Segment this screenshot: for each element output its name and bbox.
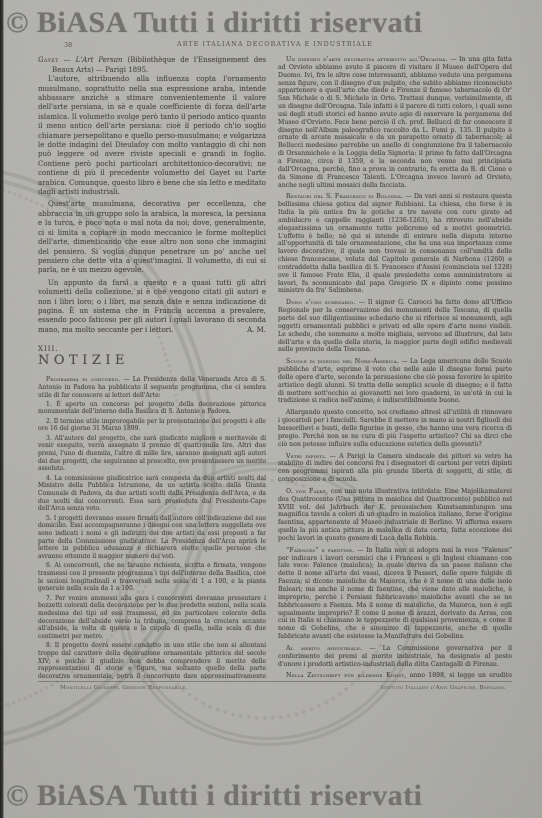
programme-lead: Programma di concorso.: [46, 376, 120, 383]
reference-author: Gayet: [38, 56, 59, 64]
reference-dash: —: [59, 56, 76, 64]
programme-item: 8. Il progetto dovrà essere condotto in …: [38, 642, 266, 679]
left-column: Gayet — L'Art Persan (Bibliothèque de l'…: [38, 56, 266, 679]
programme-item: 7. Per venire ammessi alla gara i concor…: [38, 595, 266, 641]
notice: Al merito industriale. — La Commissione …: [278, 645, 512, 669]
reference-title: L'Art Persan: [76, 56, 123, 64]
reviewer-initials: A. M.: [231, 326, 266, 335]
notice: Scuole di disegno nel Nord-America. — La…: [278, 358, 512, 405]
programme-item: 5. I progetti dovranno essere firmati da…: [38, 515, 266, 561]
review-paragraph: Quest'arte musulmana, decorativa per ecc…: [38, 200, 266, 275]
notice: Un disegno d'arte decorativa attribuito …: [278, 56, 512, 189]
programme-item: 4. La commissione giudicatrice sarà comp…: [38, 475, 266, 514]
notice: Restauri del S. Francesco di Bologna. — …: [278, 193, 512, 295]
programme-intro: Programma di concorso. — La Presidenza d…: [38, 376, 266, 399]
right-column: Un disegno d'arte decorativa attribuito …: [278, 56, 512, 680]
notice: Vetri dipinti. — A Parigi la Camera sind…: [278, 453, 512, 484]
copyright-watermark-bottom: © BiASA Tutti i diritti riservati: [6, 779, 422, 813]
scan-edge-shadow: [0, 0, 4, 818]
bibliographic-reference: Gayet — L'Art Persan (Bibliothèque de l'…: [38, 56, 266, 75]
programme-item: 2. Il termine utile improrogabile per la…: [38, 418, 266, 433]
review-paragraph: Un appunto da farsi a questo e a quasi t…: [38, 279, 266, 335]
footer-rule: [38, 681, 512, 682]
section-title: NOTIZIE: [38, 353, 266, 368]
page-header: 38 ARTE ITALIANA DECORATIVA E INDUSTRIAL…: [38, 41, 512, 51]
review-paragraph: L'autore, attribuendo alla influenza cop…: [38, 75, 266, 197]
notice: Nella Zeitschrift für bildende Kunst, an…: [278, 672, 512, 680]
notice: “Faïences” e faentine. — In Italia non s…: [278, 547, 512, 641]
journal-title: ARTE ITALIANA DECORATIVA E INDUSTRIALE: [38, 41, 512, 48]
footer-imprint-right: Istituto Italiano d'Arti Grafiche, Berga…: [381, 685, 506, 691]
notice: Allargando questo concetto, noi crediamo…: [278, 409, 512, 448]
section-number: XIII.: [38, 345, 266, 353]
notice: Dono d'uno schedario. — Il signor G. Car…: [278, 299, 512, 354]
footer-imprint-left: Monticelli Giuseppe, Gerente Responsabil…: [60, 685, 187, 691]
programme-item: 3. All'autore del progetto, che sarà giu…: [38, 435, 266, 474]
competition-programme: Programma di concorso. — La Presidenza d…: [38, 376, 266, 679]
programme-item: 6. Ai concorrenti, che ne faranno richie…: [38, 562, 266, 593]
copyright-watermark-top: © BiASA Tutti i diritti riservati: [6, 6, 422, 40]
notice: O. von Falke, con una nota illustrativa …: [278, 488, 512, 543]
programme-item: 1. È aperto un concorso pel progetto del…: [38, 401, 266, 416]
section-heading: XIII. NOTIZIE: [38, 345, 266, 368]
scanned-journal-page: { "watermark": { "top": "© BiASA Tutti i…: [0, 0, 542, 818]
